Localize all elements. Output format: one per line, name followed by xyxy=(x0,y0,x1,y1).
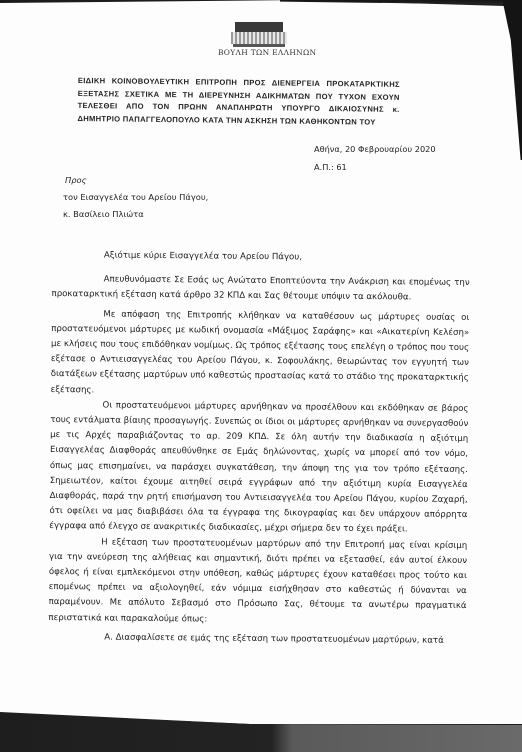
letterhead-logo: ΒΟΥΛΗ ΤΩΝ ΕΛΛΗΝΩΝ xyxy=(228,20,290,57)
committee-heading: ΕΙΔΙΚΗ ΚΟΙΝΟΒΟΥΛΕΥΤΙΚΗ ΕΠΙΤΡΟΠΗ ΠΡΟΣ ΔΙΕ… xyxy=(77,75,400,129)
letter-body: Αξιότιμε κύριε Εισαγγελέα του Αρείου Πάγ… xyxy=(48,248,470,649)
paragraph-3: Οι προστατευόμενοι μάρτυρες αρνήθηκαν να… xyxy=(49,398,468,539)
letter-date: Αθήνα, 20 Φεβρουαρίου 2020 xyxy=(314,144,436,154)
parliament-building-icon xyxy=(231,20,287,48)
paragraph-2: Με απόφαση της Επιτροπής κλήθηκαν να κατ… xyxy=(51,307,470,402)
protocol-number: Α.Π.: 61 xyxy=(314,162,347,172)
recipient-line-1: τον Εισαγγελέα του Αρείου Πάγου, xyxy=(63,189,208,206)
paragraph-1: Απευθυνόμαστε Σε Εσάς ως Ανώτατο Εποπτεύ… xyxy=(51,272,469,306)
recipient-to: Προς xyxy=(63,172,208,189)
salutation: Αξιότιμε κύριε Εισαγγελέα του Αρείου Πάγ… xyxy=(52,248,470,267)
letterhead-name: ΒΟΥΛΗ ΤΩΝ ΕΛΛΗΝΩΝ xyxy=(218,48,298,57)
recipient-line-2: κ. Βασίλειο Πλιώτα xyxy=(63,206,208,223)
recipient-block: Προς τον Εισαγγελέα του Αρείου Πάγου, κ.… xyxy=(63,172,208,223)
paragraph-4: Η εξέταση των προστατευομένων μαρτύρων α… xyxy=(48,535,467,630)
